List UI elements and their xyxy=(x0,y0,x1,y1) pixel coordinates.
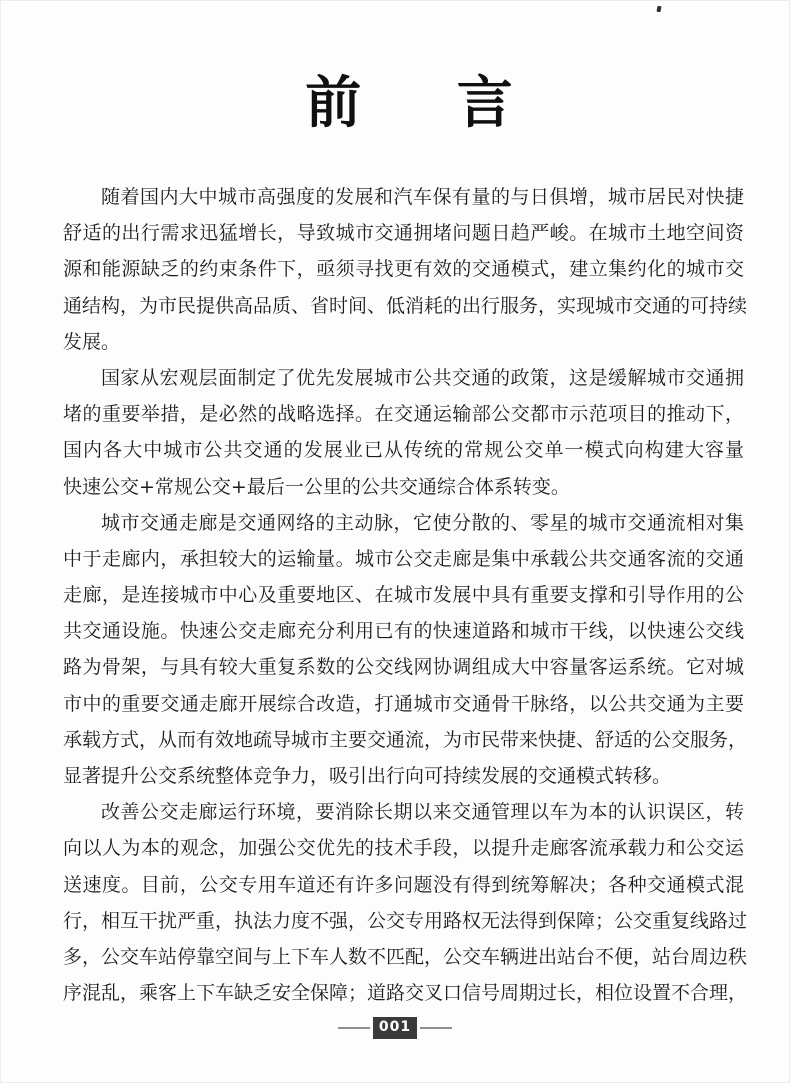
text-line: 多，公交车站停靠空间与上下车人数不匹配，公交车辆进出站台不便，站台周边秩 xyxy=(63,939,744,975)
text-line: 通结构，为市民提供高品质、省时间、低消耗的出行服务，实现城市交通的可持续 xyxy=(63,288,744,324)
text-line: 向以人为本的观念，加强公交优先的技术手段，以提升走廊客流承载力和公交运 xyxy=(63,830,744,866)
text-line: 共交通设施。快速公交走廊充分利用已有的快速道路和城市干线，以快速公交线 xyxy=(63,613,744,649)
page-number-badge: 001 xyxy=(373,1017,417,1039)
text-line: 中于走廊内，承担较大的运输量。城市公交走廊是集中承载公共交通客流的交通 xyxy=(63,541,744,577)
book-page: 前 言 随着国内大中城市高强度的发展和汽车保有量的与日俱增，城市居民对快捷舒适的… xyxy=(0,0,790,1083)
body-text: 随着国内大中城市高强度的发展和汽车保有量的与日俱增，城市居民对快捷舒适的出行需求… xyxy=(63,179,744,1011)
text-line: 送速度。目前，公交专用车道还有许多问题没有得到统筹解决；各种交通模式混 xyxy=(63,867,744,903)
text-line: 源和能源缺乏的约束条件下，亟须寻找更有效的交通模式，建立集约化的城市交 xyxy=(63,251,744,287)
text-line: 走廊，是连接城市中心及重要地区、在城市发展中具有重要支撑和引导作用的公 xyxy=(63,577,744,613)
text-line: 显著提升公交系统整体竞争力，吸引出行向可持续发展的交通模式转移。 xyxy=(63,758,744,794)
text-line: 堵的重要举措，是必然的战略选择。在交通运输部公交都市示范项目的推动下， xyxy=(63,396,744,432)
text-line: 市中的重要交通走廊开展综合改造，打通城市交通骨干脉络，以公共交通为主要 xyxy=(63,686,744,722)
text-line: 发展。 xyxy=(63,324,744,360)
page-footer: 001 xyxy=(1,1017,789,1039)
text-line: 序混乱，乘客上下车缺乏安全保障；道路交叉口信号周期过长，相位设置不合理， xyxy=(63,975,744,1011)
ink-speck xyxy=(656,6,661,13)
footer-rule-left xyxy=(338,1027,370,1029)
text-line: 舒适的出行需求迅猛增长，导致城市交通拥堵问题日趋严峻。在城市土地空间资 xyxy=(63,215,744,251)
text-line: 行，相互干扰严重，执法力度不强，公交专用路权无法得到保障；公交重复线路过 xyxy=(63,903,744,939)
text-line: 国家从宏观层面制定了优先发展城市公共交通的政策，这是缓解城市交通拥 xyxy=(63,360,744,396)
text-line: 承载方式，从而有效地疏导城市主要交通流，为市民带来快捷、舒适的公交服务， xyxy=(63,722,744,758)
text-line: 改善公交走廊运行环境，要消除长期以来交通管理以车为本的认识误区，转 xyxy=(63,794,744,830)
page-title: 前 言 xyxy=(1,59,789,139)
text-line: 国内各大中城市公共交通的发展业已从传统的常规公交单一模式向构建大容量 xyxy=(63,432,744,468)
footer-rule-right xyxy=(420,1027,452,1029)
text-line: 快速公交+常规公交+最后一公里的公共交通综合体系转变。 xyxy=(63,469,744,505)
text-line: 路为骨架，与具有较大重复系数的公交线网协调组成大中容量客运系统。它对城 xyxy=(63,649,744,685)
text-line: 随着国内大中城市高强度的发展和汽车保有量的与日俱增，城市居民对快捷 xyxy=(63,179,744,215)
text-line: 城市交通走廊是交通网络的主动脉，它使分散的、零星的城市交通流相对集 xyxy=(63,505,744,541)
